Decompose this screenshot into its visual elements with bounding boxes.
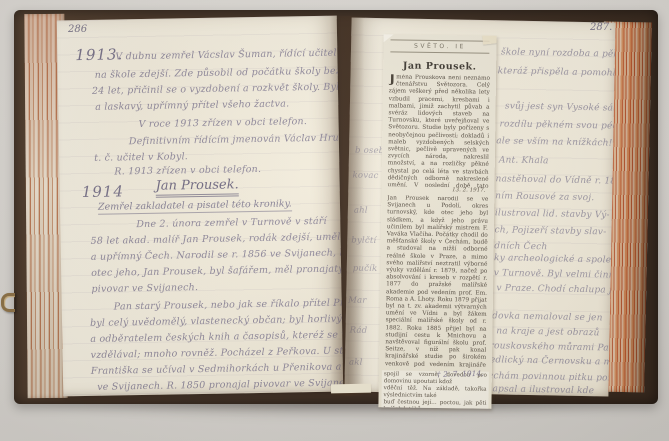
handwriting-line: byl celý uvědomělý, vlastenecký občan; b…	[90, 312, 343, 328]
page-number-right: 287.	[590, 22, 612, 33]
year-heading-1914: 1914	[82, 182, 124, 201]
handwriting-line: ním Rousové za svoj.	[495, 191, 594, 204]
handwriting-line: nastěhoval do Vídně r. 1892	[495, 174, 615, 188]
handwriting-line: ilustroval lid. stavby Vý-	[495, 208, 610, 221]
clipping-masthead: SVĚTO. IE	[390, 39, 489, 53]
handwriting-line: R. 1913 zřízen v obci telefon.	[114, 164, 261, 178]
clasp-hook	[1, 293, 15, 312]
handwriting-line: Čechám povinnou pitku pomníčků	[481, 371, 616, 385]
handwriting-line: vzdělával; mnoho rovněž. Pocházel z Peřk…	[90, 345, 343, 361]
handwriting-line: ale se vším na knížkách!	[496, 136, 612, 149]
photo-background: 1913. V dubnu zemřel Vácslav Šuman, řídí…	[0, 0, 669, 441]
handwriting-line: a odběratelem českých knih a časopisů, k…	[90, 329, 343, 345]
handwriting-fragment: akl	[349, 358, 363, 369]
handwritten-annotation: † 2. 7. 1914.	[437, 369, 484, 379]
handwriting-line: škole nyní rozdoba a pěkná	[501, 47, 616, 60]
handwriting-line: na škole zdejší. Zde působil od počátku …	[95, 65, 344, 81]
handwriting-line: 58 let akad. malíř Jan Prousek, rodák zd…	[91, 231, 344, 247]
clipping-paragraph: Jan Prousek narodil se ve Svijanech u Po…	[385, 195, 488, 368]
inner-page-sliver	[331, 384, 371, 394]
handwriting-line: ky archeologické a spole-	[494, 253, 615, 266]
handwriting-fragment: bylčtí	[351, 236, 376, 247]
handwriting-line: Ant. Khala	[499, 155, 549, 167]
jan-prousek-heading: Jan Prousek.	[156, 177, 239, 197]
clipping-footer-line: vděční těž. Na základě, takořka výsledni…	[384, 385, 487, 400]
left-page: 1913. V dubnu zemřel Vácslav Šuman, řídí…	[57, 16, 344, 397]
handwriting-line: dních Čech	[494, 241, 547, 253]
handwriting-line: svůj jest syn Vysoké sáhy	[505, 101, 616, 114]
handwriting-line: rozdílu pěkném svou péči,	[499, 119, 615, 132]
handwriting-line: lidovka nemaloval se jen	[486, 311, 603, 324]
handwriting-line: v Turnově. Byl velmi činným	[494, 268, 616, 282]
handwriting-line: kteráž přispěla a pomohla	[497, 66, 615, 79]
handwriting-fragment: pučík	[353, 264, 378, 275]
handwriting-line: 24 let, přičinil se o vyzdobení a rozkvě…	[92, 80, 343, 96]
handwriting-line: t. č. učitel v Kobyl.	[94, 151, 188, 164]
clipping-footer-line: buď čestnou její… poctou, jak pěti kníže…	[383, 399, 486, 409]
handwriting-line: Františka se učíval v Sedmihorkách u Pře…	[91, 361, 343, 377]
handwriting-line: a na kraje a jest obrazů	[488, 326, 600, 339]
handwriting-fragment: b oseb	[355, 146, 385, 158]
handwriting-line: ve Svijanech. R. 1850 pronajal pivovar v…	[97, 377, 343, 393]
clipping-paragraph: Jména Prouskova není neznámo čtenářstvu …	[387, 74, 490, 187]
handwriting-line: Dne 2. února zemřel v Turnově v stáří	[136, 216, 327, 230]
handwriting-fragment: ahl	[354, 206, 368, 217]
handwriting-line: a upřímný Čech. Narodil se r. 1856 ve Sv…	[91, 247, 343, 263]
handwriting-line: sedlický na Černovsku a mnoho	[485, 355, 616, 369]
handwriting-fragment: Mar	[348, 295, 367, 306]
handwriting-line: Pan starý Prousek, nebo jak se říkalo př…	[114, 297, 344, 313]
handwriting-fragment: Rád	[349, 326, 367, 337]
handwriting-line: a laskavý, upřímný přítel všeho žactva.	[95, 98, 289, 112]
handwriting-line: v Praze. Chodí chalupa je	[496, 283, 615, 296]
clipping-title: Jan Prousek.	[383, 60, 496, 73]
page-number-left: 286	[68, 24, 87, 35]
handwriting-line: ch, Pojizeří stavby slav-	[494, 225, 606, 238]
handwriting-line: otec jeho, Jan Prousek, byl šafářem, měl…	[91, 263, 343, 279]
newspaper-clipping: SVĚTO. IE Jan Prousek. Jména Prouskova n…	[378, 34, 496, 409]
handwriting-line: Definitivním řídícím jmenován Václav Hru…	[129, 132, 343, 147]
entry-subtitle: Zemřel zakladatel a pisatel této kroniky…	[98, 198, 292, 214]
handwriting-fragment: kovac	[352, 171, 378, 182]
handwriting-line: V dubnu zemřel Vácslav Šuman, řídící uči…	[115, 48, 336, 63]
handwriting-line: pivovar ve Svijanech.	[91, 282, 198, 295]
handwriting-line: Prouskovského můrami Pan	[483, 341, 615, 355]
clipping-date: 13. 2. 1917.	[390, 186, 485, 193]
tape-remnant	[482, 34, 497, 44]
handwriting-line: V roce 1913 zřízen v obci telefon.	[138, 116, 307, 130]
